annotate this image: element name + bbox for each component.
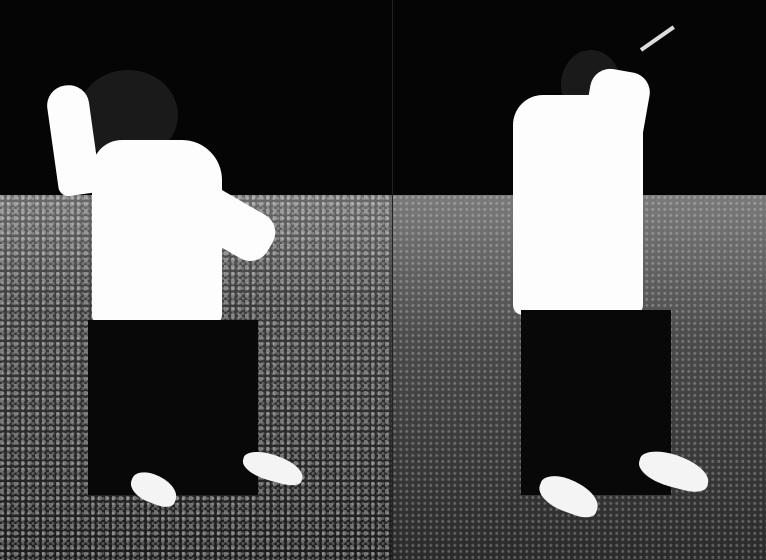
right-photo [392,0,766,560]
trousers [88,320,258,495]
left-photo [0,0,392,560]
sword-blade [640,25,675,51]
jacket [513,95,643,315]
